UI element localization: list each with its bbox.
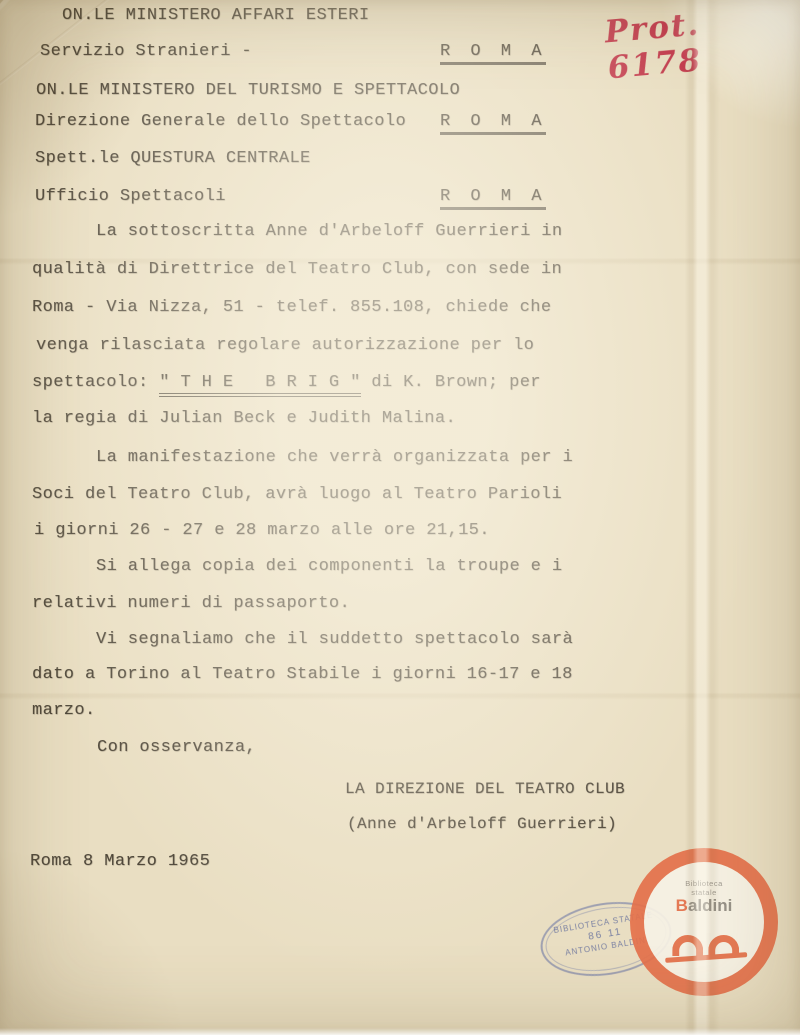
signature-name: (Anne d'Arbeloff Guerrieri) xyxy=(347,815,617,833)
body-line: Roma - Via Nizza, 51 - telef. 855.108, c… xyxy=(32,298,551,317)
recipient-1-line-1: ON.LE MINISTERO AFFARI ESTERI xyxy=(62,6,369,25)
body-line: Soci del Teatro Club, avrà luogo al Teat… xyxy=(32,485,562,504)
body-line: la regia di Julian Beck e Judith Malina. xyxy=(32,409,456,428)
signature-organization: LA DIREZIONE DEL TEATRO CLUB xyxy=(345,780,625,798)
book-arch-left xyxy=(672,935,703,956)
recipient-2-city: R O M A xyxy=(440,112,546,131)
body-line: venga rilasciata regolare autorizzazione… xyxy=(36,336,534,355)
logo-name: Baldini xyxy=(644,897,764,916)
scanned-letter-page: ON.LE MINISTERO AFFARI ESTERI Servizio S… xyxy=(0,0,800,1035)
logo-name-initial: B xyxy=(676,896,688,915)
dateline: Roma 8 Marzo 1965 xyxy=(30,852,210,871)
logo-small-text: Bibliotecastatale xyxy=(644,879,764,897)
show-title-line: spettacolo: " T H E B R I G " di K. Brow… xyxy=(32,373,541,392)
body-line: La sottoscritta Anne d'Arbeloff Guerrier… xyxy=(96,222,562,241)
recipient-3-city: R O M A xyxy=(440,187,546,206)
show-title-underlined: " T H E B R I G " xyxy=(159,373,360,397)
body-line: i giorni 26 - 27 e 28 marzo alle ore 21,… xyxy=(34,521,490,540)
recipient-1-line-2: Servizio Stranieri - xyxy=(40,42,252,61)
recipient-3-line-2: Ufficio Spettacoli xyxy=(35,187,226,206)
city-roma-underlined: R O M A xyxy=(440,42,546,65)
body-line: marzo. xyxy=(32,701,96,720)
body-line: dato a Torino al Teatro Stabile i giorni… xyxy=(32,665,573,684)
show-title-post: di K. Brown; per xyxy=(361,373,541,392)
recipient-3-line-1: Spett.le QUESTURA CENTRALE xyxy=(35,149,311,168)
recipient-2-line-2: Direzione Generale dello Spettacolo xyxy=(35,112,406,131)
recipient-2-line-1: ON.LE MINISTERO DEL TURISMO E SPETTACOLO xyxy=(36,81,460,100)
open-book-icon xyxy=(667,929,747,961)
show-title-pre: spettacolo: xyxy=(32,373,159,392)
city-roma-underlined: R O M A xyxy=(440,112,546,135)
body-line: relativi numeri di passaporto. xyxy=(32,594,350,613)
body-line: Vi segnaliamo che il suddetto spettacolo… xyxy=(96,630,573,649)
recipient-1-city: R O M A xyxy=(440,42,546,61)
body-line: La manifestazione che verrà organizzata … xyxy=(96,448,573,467)
library-logo-inner: Bibliotecastatale Baldini xyxy=(644,862,764,982)
logo-small-line-1: Biblioteca xyxy=(685,879,723,888)
body-line: Si allega copia dei componenti la troupe… xyxy=(96,557,562,576)
closing-line: Con osservanza, xyxy=(97,738,256,757)
city-roma-underlined: R O M A xyxy=(440,187,546,210)
handwritten-protocol-number: Prot. 6178 xyxy=(603,0,800,86)
library-logo-stamp: Bibliotecastatale Baldini xyxy=(630,848,778,996)
body-line: qualità di Direttrice del Teatro Club, c… xyxy=(32,260,562,279)
logo-name-rest: aldini xyxy=(688,896,732,915)
paper-bottom-edge xyxy=(0,1028,800,1035)
